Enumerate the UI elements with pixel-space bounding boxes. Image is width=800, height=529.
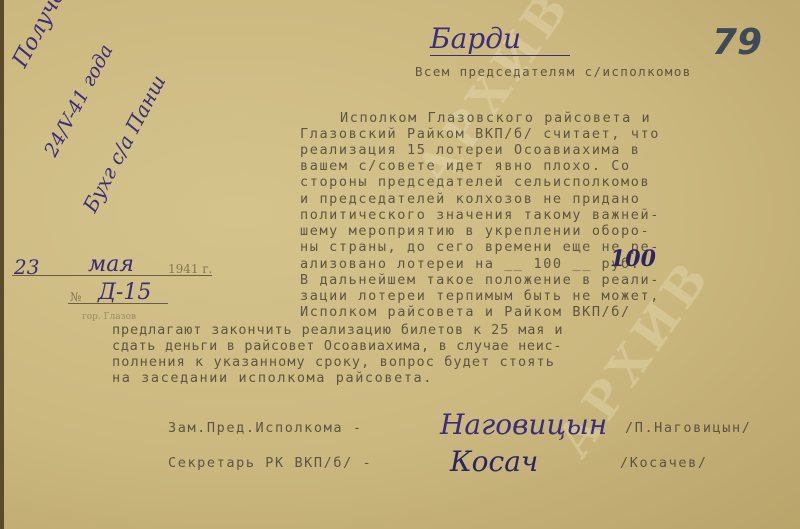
header-handwritten: Барди	[430, 22, 521, 55]
body-line: вашем с/совете идет явно плохо. Со	[300, 158, 631, 174]
page-number: 79	[712, 22, 762, 63]
signature-title: Зам.Пред.Исполкома -	[168, 420, 363, 436]
body-line: Глазовский Райком ВКП/б/ считает, что	[300, 126, 660, 142]
number-underline	[68, 303, 168, 304]
document-number: Д-15	[98, 280, 151, 305]
signature: Косач	[450, 445, 538, 478]
body-line: предлагают закончить реализацию билетов …	[112, 322, 563, 338]
body-line: сдать деньги в райсовет Осоавиахима, в с…	[112, 338, 562, 354]
body-line: политического значения такому важней-	[300, 207, 660, 223]
body-line: Исполком Глазовского райсовета и	[340, 110, 651, 126]
body-line: ны страны, до сего времени еще не ре-	[300, 239, 660, 255]
body-line: реализация 15 лотереи Осоавиахима в	[300, 142, 640, 158]
signatory-name: /Косачев/	[620, 455, 708, 471]
margin-note-date: 24/V-41 года	[40, 41, 117, 160]
body-line: В дальнейшем такое положение в реали-	[300, 272, 660, 288]
signature-title: Секретарь РК ВКП/б/ -	[168, 455, 372, 471]
amount-handwritten: 100	[610, 246, 656, 272]
body-line: и председателей колхозов не придано	[300, 191, 640, 207]
body-line: зации лотереи терпимым быть не может,	[300, 288, 660, 304]
body-line: стороны председателей сельисполкомов	[300, 174, 650, 190]
date-month: мая	[88, 252, 134, 277]
body-line: полнения к указанному сроку, вопрос буде…	[112, 354, 555, 370]
signature: Наговицын	[440, 408, 607, 441]
margin-note-received: Получено	[8, 0, 83, 72]
page-edge	[0, 0, 4, 529]
document-page: АРХИВ АРХИВ Получено 24/V-41 года Бухг с…	[0, 0, 800, 529]
body-line: на заседании исполкома райсовета.	[112, 370, 433, 386]
number-prefix: №	[70, 290, 81, 304]
body-line: шему мероприятию в укреплении оборо-	[300, 223, 650, 239]
signatory-name: /П.Наговицын/	[625, 420, 751, 436]
date-year: 1941 г.	[168, 262, 212, 276]
header-underline	[430, 55, 570, 56]
body-line: Исполком райсовета и Райком ВКП/б/	[300, 304, 631, 320]
place: гор. Глазов	[82, 312, 136, 322]
body-line: ализовано лотереи на __ 100 __ руб.	[300, 256, 640, 272]
addressee: Всем председателям с/исполкомов	[415, 64, 692, 80]
